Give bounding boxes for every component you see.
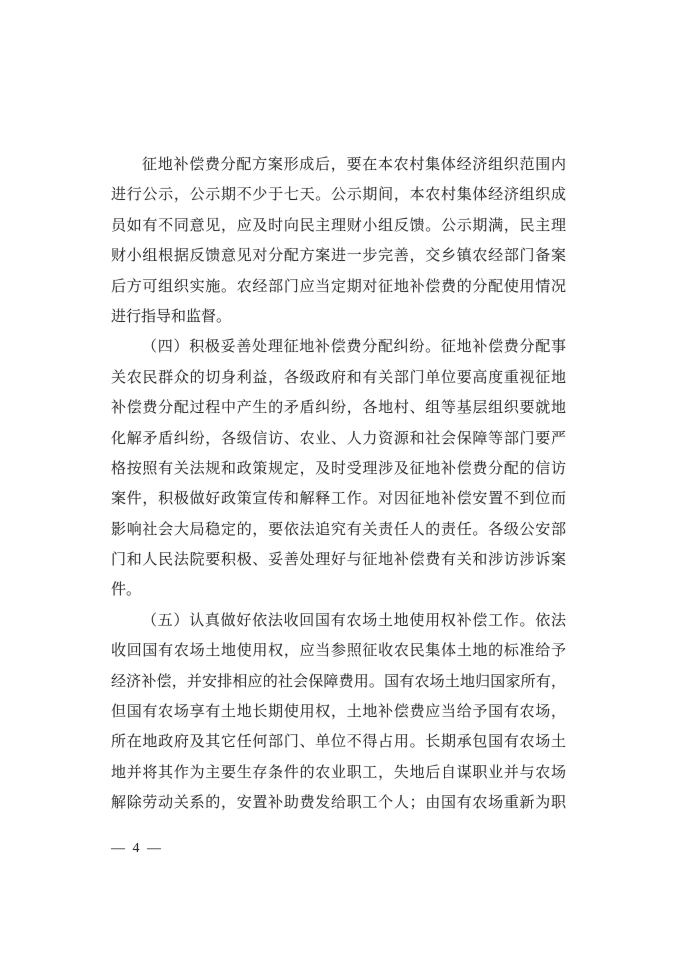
text-line: 补偿费分配过程中产生的矛盾纠纷，各地村、组等基层组织要就地: [111, 393, 566, 423]
text-line: 进行公示，公示期不少于七天。公示期间，本农村集体经济组织成: [111, 180, 566, 210]
page-number: — 4 —: [111, 838, 163, 860]
text-line: 地并将其作为主要生存条件的农业职工，失地后自谋职业并与农场: [111, 758, 566, 788]
paragraph-section-four-dispute-handling: （四）积极妥善处理征地补偿费分配纠纷。征地补偿费分配事 关农民群众的切身利益，各…: [111, 332, 566, 606]
text-line: 格按照有关法规和政策规定，及时受理涉及征地补偿费分配的信访: [111, 454, 566, 484]
text-line: 收回国有农场土地使用权，应当参照征收农民集体土地的标准给予: [111, 636, 566, 666]
body-text: 征地补偿费分配方案形成后，要在本农村集体经济组织范围内 进行公示，公示期不少于七…: [111, 150, 566, 819]
text-line: 化解矛盾纠纷，各级信访、农业、人力资源和社会保障等部门要严: [111, 424, 566, 454]
document-page: 征地补偿费分配方案形成后，要在本农村集体经济组织范围内 进行公示，公示期不少于七…: [0, 0, 678, 959]
text-line: 进行指导和监督。: [111, 302, 566, 332]
text-line: 案件，积极做好政策宣传和解释工作。对因征地补偿安置不到位而: [111, 484, 566, 514]
text-line: 但国有农场享有土地长期使用权，土地补偿费应当给予国有农场，: [111, 697, 566, 727]
text-line: 财小组根据反馈意见对分配方案进一步完善，交乡镇农经部门备案: [111, 241, 566, 271]
paragraph-land-compensation-publicity: 征地补偿费分配方案形成后，要在本农村集体经济组织范围内 进行公示，公示期不少于七…: [111, 150, 566, 332]
text-line: 件。: [111, 575, 566, 605]
text-line: 后方可组织实施。农经部门应当定期对征地补偿费的分配使用情况: [111, 272, 566, 302]
text-line: 影响社会大局稳定的，要依法追究有关责任人的责任。各级公安部: [111, 515, 566, 545]
text-line: （四）积极妥善处理征地补偿费分配纠纷。征地补偿费分配事: [111, 332, 566, 362]
text-line: 所在地政府及其它任何部门、单位不得占用。长期承包国有农场土: [111, 727, 566, 757]
text-line: 解除劳动关系的，安置补助费发给职工个人；由国有农场重新为职: [111, 788, 566, 818]
text-line: （五）认真做好依法收回国有农场土地使用权补偿工作。依法: [111, 606, 566, 636]
text-line: 关农民群众的切身利益，各级政府和有关部门单位要高度重视征地: [111, 363, 566, 393]
text-line: 门和人民法院要积极、妥善处理好与征地补偿费有关和涉访涉诉案: [111, 545, 566, 575]
text-line: 经济补偿，并安排相应的社会保障费用。国有农场土地归国家所有，: [111, 667, 566, 697]
text-line: 征地补偿费分配方案形成后，要在本农村集体经济组织范围内: [111, 150, 566, 180]
paragraph-section-five-state-farm-land: （五）认真做好依法收回国有农场土地使用权补偿工作。依法 收回国有农场土地使用权，…: [111, 606, 566, 819]
text-line: 员如有不同意见，应及时向民主理财小组反馈。公示期满，民主理: [111, 211, 566, 241]
